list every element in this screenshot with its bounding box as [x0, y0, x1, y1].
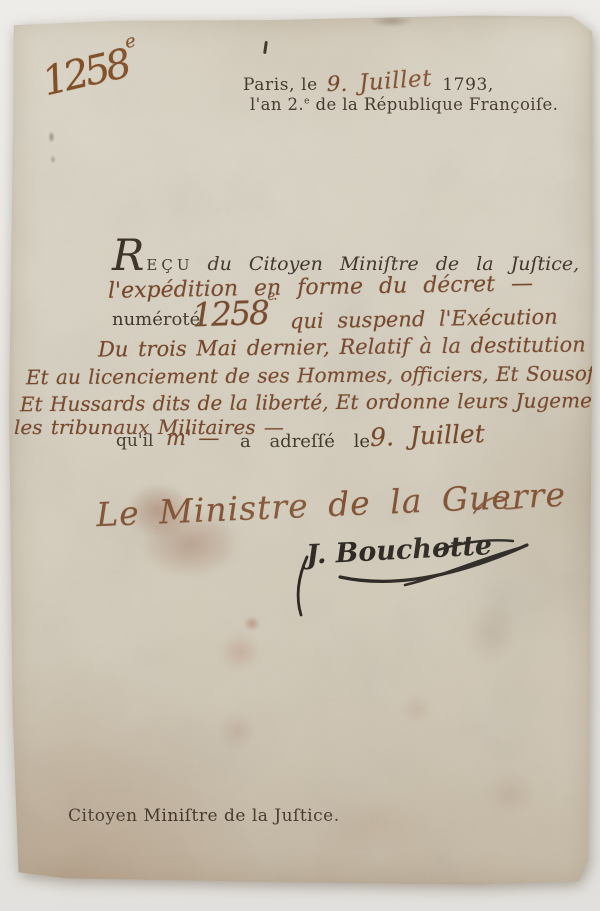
folio-number: 1258e	[38, 39, 142, 106]
hand-m: m' —	[166, 426, 219, 450]
folio-number-suffix: e	[123, 30, 138, 53]
fox-spot	[396, 688, 438, 730]
paper-shadow: 1258e Paris, le 9. Juillet 1793, l'an 2.…	[0, 0, 600, 911]
hand-line-4: Et au licenciement de ses Hommes, offici…	[26, 361, 600, 389]
document-paper: 1258e Paris, le 9. Juillet 1793, l'an 2.…	[8, 13, 594, 888]
photo-backdrop: 1258e Paris, le 9. Juillet 1793, l'an 2.…	[0, 0, 600, 911]
header-republic-line: l'an 2.e de la République Françoiſe.	[250, 95, 558, 114]
footer-addressee: Citoyen Miniſtre de la Juſtice.	[68, 806, 340, 826]
fox-spot	[486, 773, 534, 815]
edge-smudge	[370, 15, 414, 27]
header-place-label: Paris, le	[243, 75, 318, 95]
fox-spot	[244, 616, 260, 631]
printed-adresse: a adreſſé le	[240, 431, 370, 452]
fox-spot	[220, 633, 260, 671]
opening-initial-caps: EÇU	[146, 256, 193, 274]
edge-speck	[50, 155, 56, 164]
hand-date: 9. Juillet	[370, 419, 486, 452]
hand-line-suspend: qui suspend l'Exécution	[290, 305, 558, 334]
hand-decree-number: 1258e.	[191, 293, 276, 335]
decree-number-digits: 1258	[191, 293, 268, 335]
header-month-hand: Juillet	[358, 65, 433, 96]
hand-line-5: Et Hussards dits de la liberté, Et ordon…	[20, 388, 600, 417]
decree-number-sup: e.	[267, 289, 276, 304]
folio-number-digits: 1258	[38, 41, 132, 105]
hand-minister-title: Le Ministre de la Guerre	[95, 475, 566, 534]
fox-spot	[466, 603, 518, 663]
header-place-date: Paris, le 9. Juillet 1793,	[243, 70, 494, 96]
opening-initial: R	[112, 235, 144, 278]
header-an-label: l'an 2.	[250, 95, 304, 114]
pen-mark	[263, 41, 268, 54]
printed-quil: qu'il	[116, 431, 153, 451]
edge-speck	[48, 131, 55, 143]
signature-name: J. Bouchotte	[305, 530, 493, 571]
header-year-label: 1793,	[442, 75, 494, 95]
hand-line-3: Du trois Mai dernier, Relatif à la desti…	[98, 332, 586, 361]
header-day-hand: 9.	[327, 72, 348, 96]
printed-numerote: numéroté	[112, 309, 200, 330]
header-republic-label: de la République Françoiſe.	[310, 95, 558, 114]
fox-spot	[220, 713, 254, 749]
